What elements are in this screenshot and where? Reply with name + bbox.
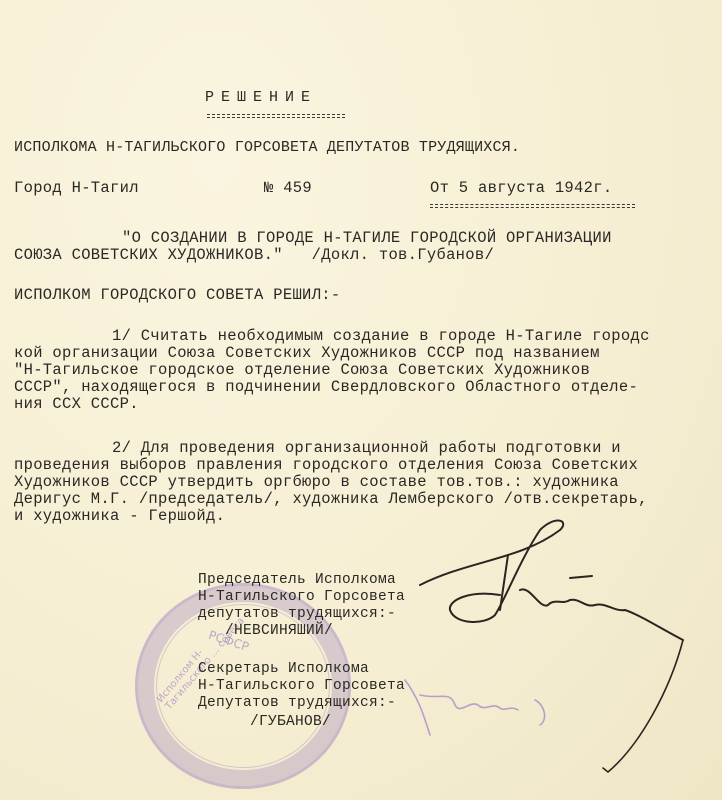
chairman-signature-icon [420, 521, 683, 772]
secretary-signature-icon [405, 680, 545, 735]
signatures-overlay [0, 0, 722, 800]
